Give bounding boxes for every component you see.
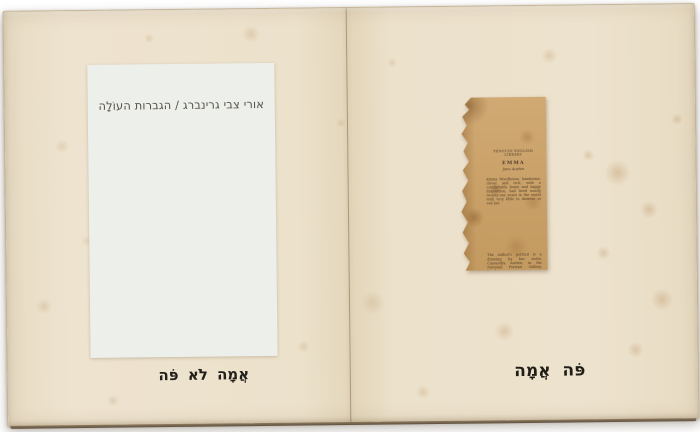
torn-flyleaf-paper: PENGUIN ENGLISH LIBRARY EMMA Jane Austen…: [457, 97, 548, 271]
card-title-text: אורי צבי גרינברג / הגברות העוֹלָה: [92, 97, 271, 113]
right-caption: פֹּה אֲמָה: [490, 360, 610, 381]
flyleaf-text-block: PENGUIN ENGLISH LIBRARY EMMA Jane Austen…: [457, 149, 547, 271]
artwork-photo: אורי צבי גרינברג / הגברות העוֹלָה אֲמָה …: [0, 0, 700, 432]
book-author: Jane Austen: [485, 167, 541, 172]
open-book-spread: אורי צבי גרינברג / הגברות העוֹלָה אֲמָה …: [3, 3, 700, 427]
portrait-note: The author's portrait is a drawing by he…: [487, 253, 542, 271]
book-blurb: Emma Woodhouse, handsome, clever and ric…: [486, 177, 541, 206]
title-card: אורי צבי גרינברג / הגברות העוֹלָה: [87, 63, 277, 358]
series-name: PENGUIN ENGLISH LIBRARY: [485, 149, 541, 157]
left-caption: אֲמָה לֹא פֹּה: [144, 365, 264, 384]
book-title: EMMA: [485, 159, 541, 165]
emma-clipping: PENGUIN ENGLISH LIBRARY EMMA Jane Austen…: [457, 97, 548, 271]
